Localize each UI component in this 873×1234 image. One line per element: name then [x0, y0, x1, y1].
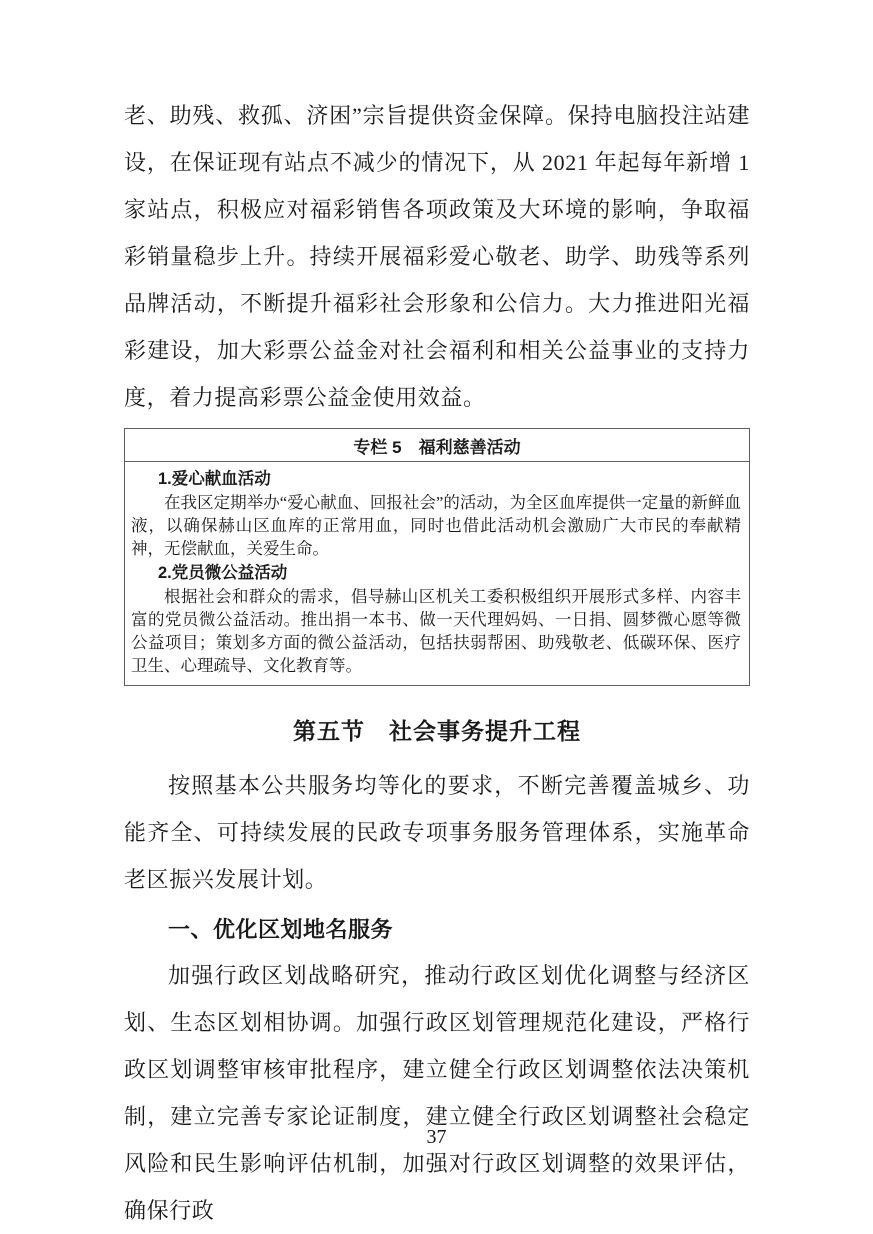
callout-section-2-text: 根据社会和群众的需求，倡导赫山区机关工委积极组织开展形式多样、内容丰富的党员微公…	[131, 585, 741, 677]
callout-section-1-heading: 1.爱心献血活动	[158, 468, 741, 491]
document-page: 老、助残、救孤、济困”宗旨提供资金保障。保持电脑投注站建设，在保证现有站点不减少…	[0, 0, 873, 1234]
callout-section-2-heading: 2.党员微公益活动	[158, 562, 741, 585]
callout-box-title: 专栏 5 福利慈善活动	[125, 429, 749, 462]
subsection-1-title: 一、优化区划地名服务	[168, 913, 750, 944]
paragraph-welfare-lottery: 老、助残、救孤、济困”宗旨提供资金保障。保持电脑投注站建设，在保证现有站点不减少…	[124, 92, 750, 421]
page-number: 37	[0, 1126, 873, 1149]
callout-section-1-text: 在我区定期举办“爱心献血、回报社会”的活动，为全区血库提供一定量的新鲜血液，以确…	[131, 491, 741, 560]
subsection-1-text: 加强行政区划战略研究，推动行政区划优化调整与经济区划、生态区划相协调。加强行政区…	[124, 952, 750, 1234]
callout-box-column5: 专栏 5 福利慈善活动 1.爱心献血活动 在我区定期举办“爱心献血、回报社会”的…	[124, 428, 750, 686]
section-5-intro: 按照基本公共服务均等化的要求，不断完善覆盖城乡、功能齐全、可持续发展的民政专项事…	[124, 762, 750, 903]
callout-box-body: 1.爱心献血活动 在我区定期举办“爱心献血、回报社会”的活动，为全区血库提供一定…	[125, 462, 749, 685]
section-5-title: 第五节 社会事务提升工程	[124, 713, 750, 746]
